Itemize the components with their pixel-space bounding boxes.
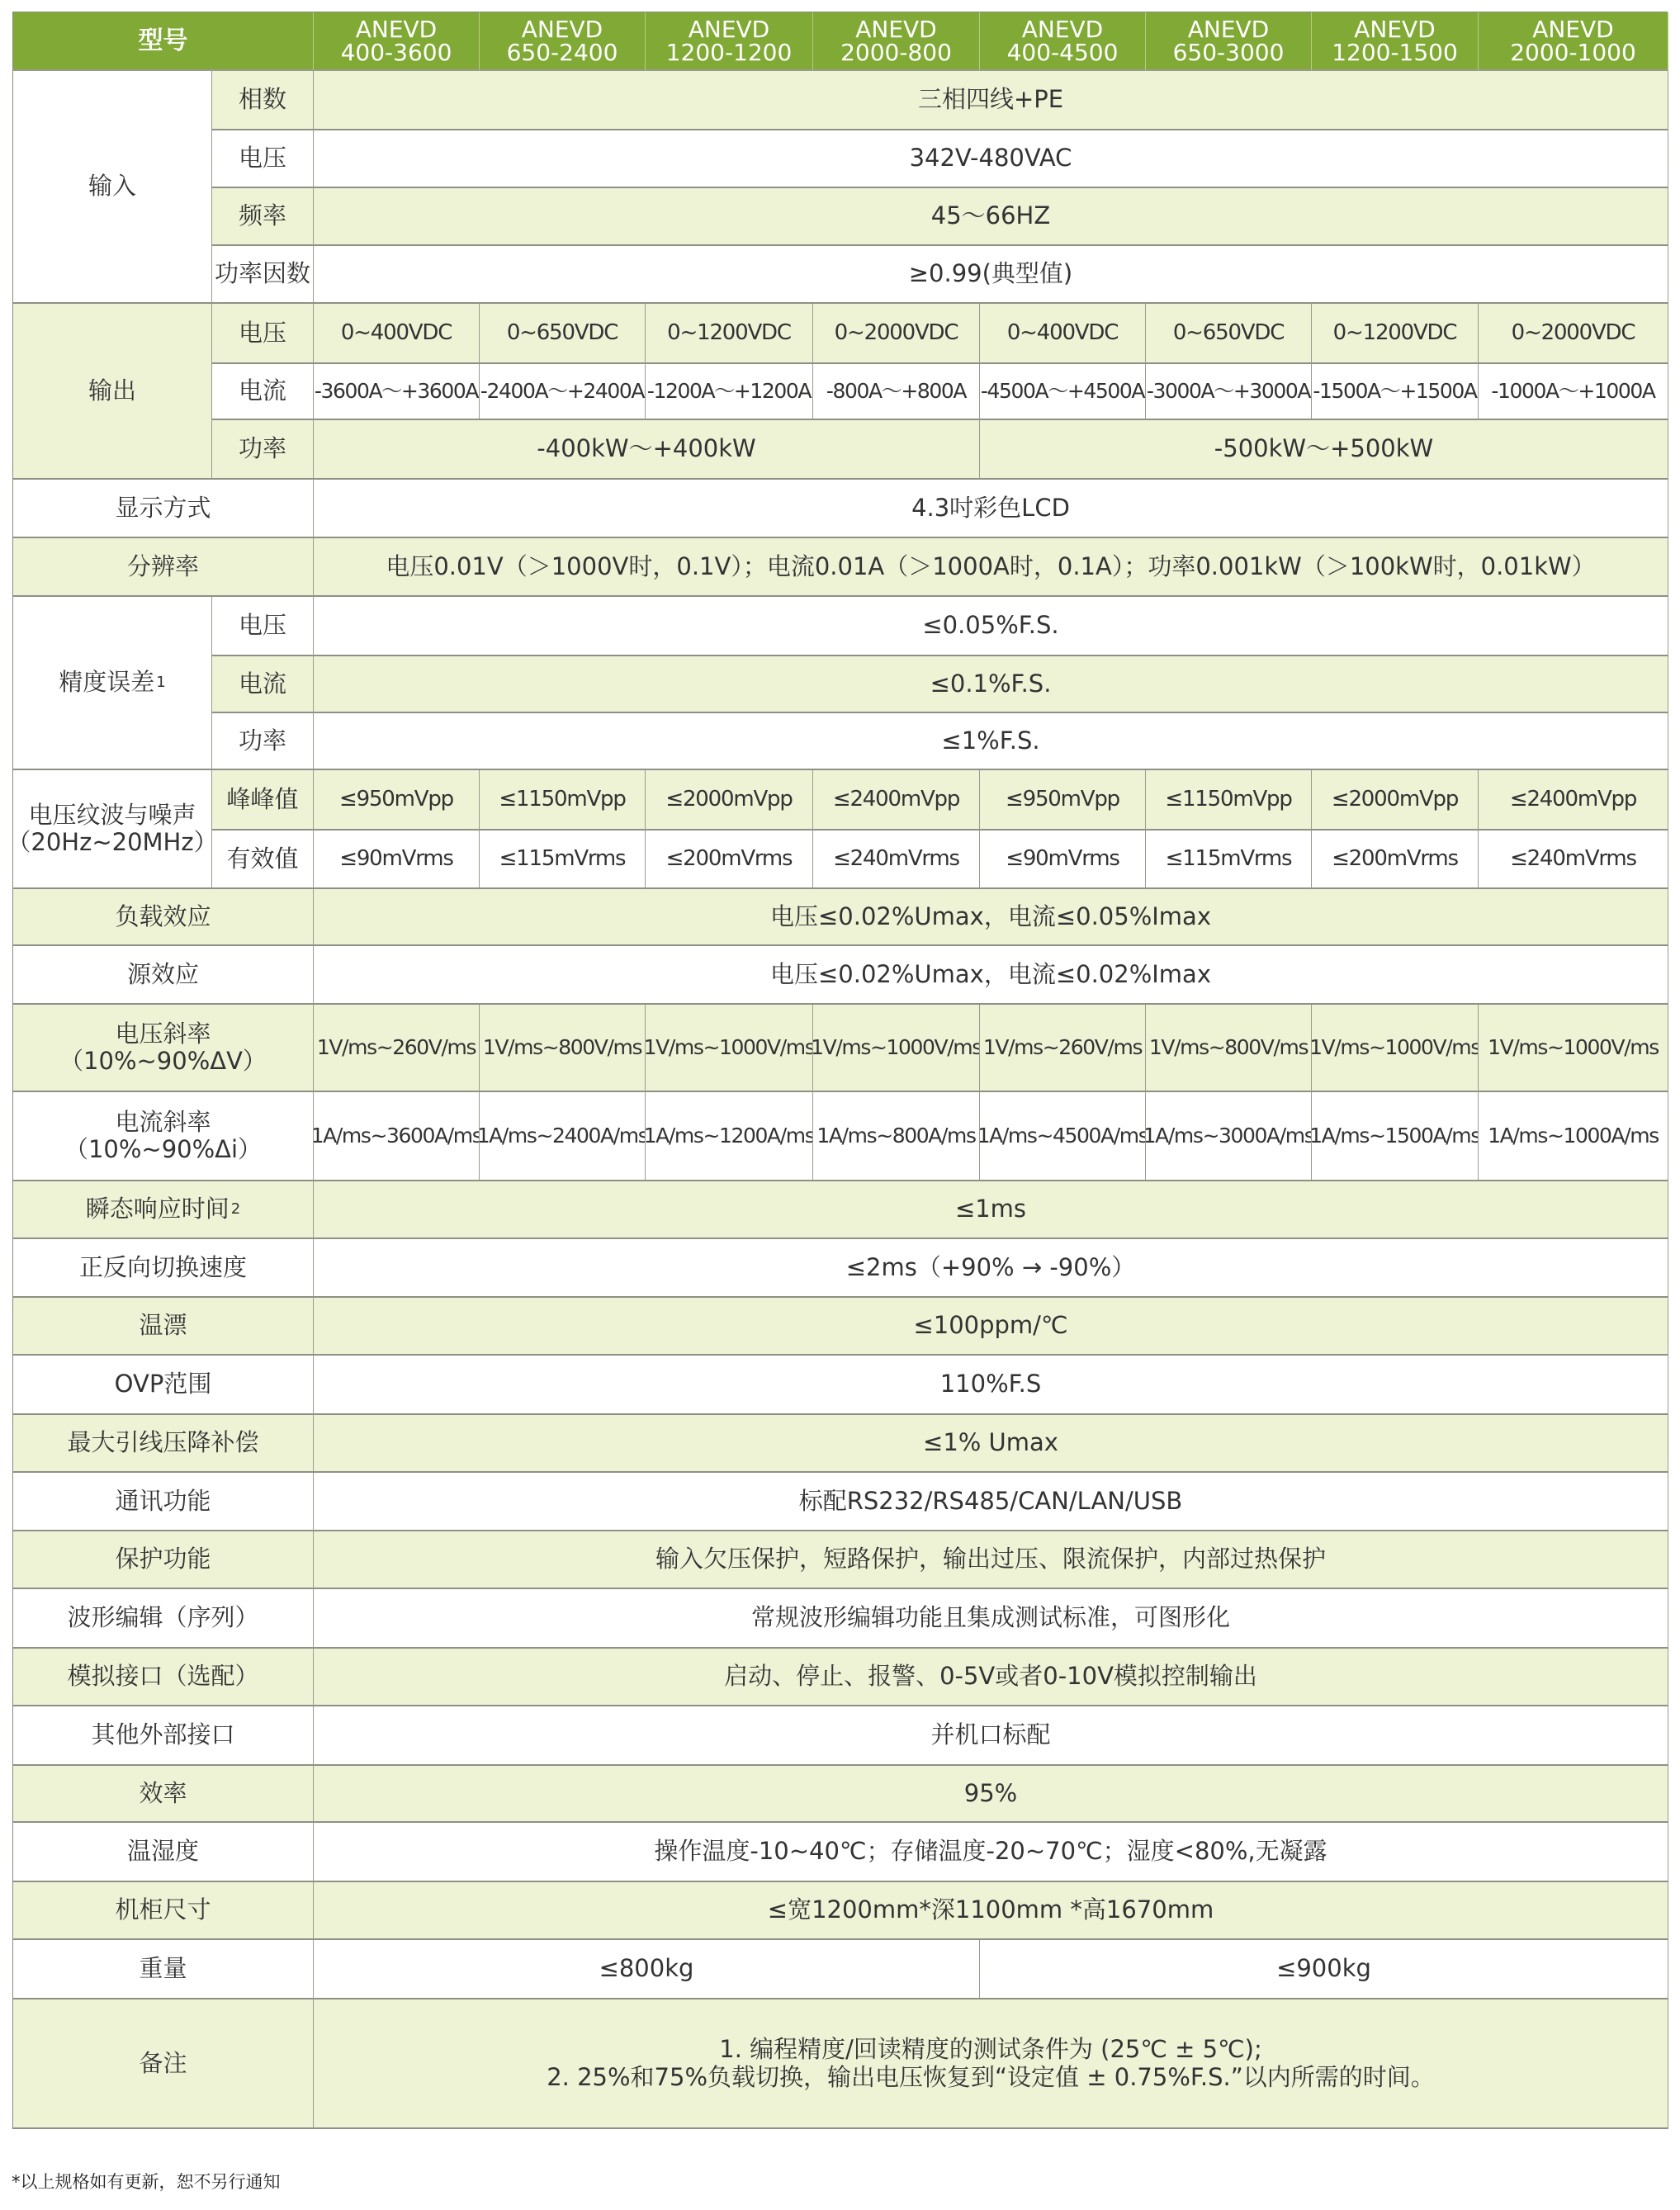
output-power-cell: -400kW～+400kW bbox=[314, 420, 980, 480]
ripple-peak-cell: ≤950mVpp bbox=[314, 770, 480, 831]
model-name: ANEVD bbox=[1354, 18, 1436, 41]
environment-value: 操作温度-10~40℃；存储温度-20~70℃；湿度<80%,无凝露 bbox=[314, 1823, 1668, 1882]
ripple-rms-cell: ≤240mVrms bbox=[1479, 831, 1668, 889]
other-ports-value: 并机口标配 bbox=[314, 1706, 1668, 1766]
input-phase-label: 相数 bbox=[212, 71, 314, 130]
load-effect-value: 电压≤0.02%Umax，电流≤0.05%Imax bbox=[314, 889, 1668, 946]
note-line-2: 2. 25%和75%负载切换，输出电压恢复到“设定值 ± 0.75%F.S.”以… bbox=[547, 2064, 1435, 2091]
output-current-label: 电流 bbox=[212, 364, 314, 420]
ripple-peak-cell: ≤2400mVpp bbox=[1479, 770, 1668, 831]
output-current-cell: -1500A～+1500A bbox=[1312, 364, 1479, 420]
output-voltage-cell: 0~400VDC bbox=[980, 304, 1146, 364]
current-slew-cell: 1A/ms~1000A/ms bbox=[1479, 1092, 1668, 1181]
output-power-label: 功率 bbox=[212, 420, 314, 480]
model-code: 2000-800 bbox=[840, 41, 952, 64]
notes-value: 1. 编程精度/回读精度的测试条件为 (25℃ ± 5℃);2. 25%和75%… bbox=[314, 1999, 1668, 2129]
weight-label: 重量 bbox=[13, 1940, 314, 1999]
current-slew-cell: 1A/ms~3600A/ms bbox=[314, 1092, 480, 1181]
ripple-rms-cell: ≤90mVrms bbox=[980, 831, 1146, 889]
output-voltage-cell: 0~1200VDC bbox=[1312, 304, 1479, 364]
accuracy-voltage-label: 电压 bbox=[212, 597, 314, 656]
ripple-peak-cell: ≤2000mVpp bbox=[1312, 770, 1479, 831]
current-slew-cell: 1A/ms~3000A/ms bbox=[1146, 1092, 1312, 1181]
model-header-3: ANEVD1200-1200 bbox=[646, 12, 813, 71]
output-voltage-cell: 0~650VDC bbox=[480, 304, 646, 364]
temp-drift-label: 温漂 bbox=[13, 1298, 314, 1356]
current-slew-cell: 1A/ms~4500A/ms bbox=[980, 1092, 1146, 1181]
note-line-1: 1. 编程精度/回读精度的测试条件为 (25℃ ± 5℃); bbox=[719, 2036, 1262, 2063]
output-current-cell: -3600A～+3600A bbox=[314, 364, 480, 420]
voltage-slew-label: 电压斜率（10%~90%ΔV） bbox=[13, 1005, 314, 1092]
analog-value: 启动、停止、报警、0-5V或者0-10V模拟控制输出 bbox=[314, 1649, 1668, 1706]
ripple-rms-cell: ≤115mVrms bbox=[480, 831, 646, 889]
accuracy-power-label: 功率 bbox=[212, 713, 314, 770]
spec-table: 型号 ANEVD400-3600 ANEVD650-2400 ANEVD1200… bbox=[12, 12, 1668, 2129]
ripple-group-label: 电压纹波与噪声（20Hz~20MHz） bbox=[13, 770, 212, 889]
resolution-label: 分辨率 bbox=[13, 538, 314, 597]
output-current-cell: -3000A～+3000A bbox=[1146, 364, 1312, 420]
output-group-label: 输出 bbox=[13, 304, 212, 480]
transient-value: ≤1ms bbox=[314, 1181, 1668, 1239]
ripple-peak-cell: ≤2000mVpp bbox=[646, 770, 813, 831]
accuracy-group-label: 精度误差1 bbox=[13, 597, 212, 770]
model-code: 1200-1500 bbox=[1332, 41, 1458, 64]
input-voltage-label: 电压 bbox=[212, 130, 314, 188]
ripple-label-line1: 电压纹波与噪声 bbox=[28, 802, 196, 829]
voltage-slew-cell: 1V/ms~1000V/ms bbox=[1312, 1005, 1479, 1092]
switch-speed-label: 正反向切换速度 bbox=[13, 1239, 314, 1298]
notes-label: 备注 bbox=[13, 1999, 314, 2129]
ripple-rms-cell: ≤115mVrms bbox=[1146, 831, 1312, 889]
voltage-slew-cell: 1V/ms~800V/ms bbox=[480, 1005, 646, 1092]
accuracy-power-value: ≤1%F.S. bbox=[314, 713, 1668, 770]
ovp-value: 110%F.S bbox=[314, 1356, 1668, 1415]
model-code: 400-4500 bbox=[1007, 41, 1119, 64]
temp-drift-value: ≤100ppm/℃ bbox=[314, 1298, 1668, 1356]
source-effect-label: 源效应 bbox=[13, 946, 314, 1005]
protection-label: 保护功能 bbox=[13, 1531, 314, 1589]
voltage-slew-cell: 1V/ms~1000V/ms bbox=[1479, 1005, 1668, 1092]
footnote-ref-2: 2 bbox=[231, 1202, 240, 1217]
ripple-peak-cell: ≤1150mVpp bbox=[1146, 770, 1312, 831]
voltage-slew-label-line2: （10%~90%ΔV） bbox=[59, 1048, 267, 1075]
switch-speed-value: ≤2ms（+90% → -90%） bbox=[314, 1239, 1668, 1298]
output-current-cell: -1200A～+1200A bbox=[646, 364, 813, 420]
waveform-value: 常规波形编辑功能且集成测试标准，可图形化 bbox=[314, 1589, 1668, 1649]
model-header-6: ANEVD650-3000 bbox=[1146, 12, 1312, 71]
current-slew-cell: 1A/ms~800A/ms bbox=[813, 1092, 980, 1181]
voltage-slew-cell: 1V/ms~260V/ms bbox=[314, 1005, 480, 1092]
model-code: 650-3000 bbox=[1173, 41, 1285, 64]
efficiency-label: 效率 bbox=[13, 1766, 314, 1823]
model-name: ANEVD bbox=[1532, 18, 1614, 41]
model-code: 400-3600 bbox=[341, 41, 452, 64]
ripple-rms-cell: ≤200mVrms bbox=[1312, 831, 1479, 889]
model-header-7: ANEVD1200-1500 bbox=[1312, 12, 1479, 71]
output-voltage-label: 电压 bbox=[212, 304, 314, 364]
model-code: 1200-1200 bbox=[666, 41, 793, 64]
model-code: 2000-1000 bbox=[1510, 41, 1636, 64]
output-power-cell: -500kW～+500kW bbox=[980, 420, 1668, 480]
accuracy-current-label: 电流 bbox=[212, 656, 314, 713]
ripple-label-line2: （20Hz~20MHz） bbox=[13, 829, 212, 856]
model-name: ANEVD bbox=[522, 18, 603, 41]
weight-cell: ≤900kg bbox=[980, 1940, 1668, 1999]
output-current-cell: -1000A～+1000A bbox=[1479, 364, 1668, 420]
model-name: ANEVD bbox=[689, 18, 770, 41]
accuracy-voltage-value: ≤0.05%F.S. bbox=[314, 597, 1668, 656]
waveform-label: 波形编辑（序列） bbox=[13, 1589, 314, 1649]
environment-label: 温湿度 bbox=[13, 1823, 314, 1882]
display-label: 显示方式 bbox=[13, 480, 314, 538]
load-effect-label: 负载效应 bbox=[13, 889, 314, 946]
output-current-cell: -4500A～+4500A bbox=[980, 364, 1146, 420]
source-effect-value: 电压≤0.02%Umax，电流≤0.02%Imax bbox=[314, 946, 1668, 1005]
ripple-rms-label: 有效值 bbox=[212, 831, 314, 889]
model-header-4: ANEVD2000-800 bbox=[813, 12, 980, 71]
current-slew-cell: 1A/ms~1500A/ms bbox=[1312, 1092, 1479, 1181]
accuracy-current-value: ≤0.1%F.S. bbox=[314, 656, 1668, 713]
current-slew-cell: 1A/ms~1200A/ms bbox=[646, 1092, 813, 1181]
ripple-rms-cell: ≤90mVrms bbox=[314, 831, 480, 889]
model-code: 650-2400 bbox=[507, 41, 618, 64]
footnote-ref-1: 1 bbox=[156, 675, 165, 690]
ripple-rms-cell: ≤200mVrms bbox=[646, 831, 813, 889]
voltage-slew-label-line1: 电压斜率 bbox=[115, 1020, 211, 1048]
sense-comp-label: 最大引线压降补偿 bbox=[13, 1415, 314, 1473]
input-voltage-value: 342V-480VAC bbox=[314, 130, 1668, 188]
ovp-label: OVP范围 bbox=[13, 1356, 314, 1415]
model-header-label: 型号 bbox=[13, 12, 314, 71]
weight-cell: ≤800kg bbox=[314, 1940, 980, 1999]
ripple-peak-label: 峰峰值 bbox=[212, 770, 314, 831]
model-name: ANEVD bbox=[356, 18, 438, 41]
voltage-slew-cell: 1V/ms~800V/ms bbox=[1146, 1005, 1312, 1092]
input-pf-value: ≥0.99(典型值) bbox=[314, 246, 1668, 304]
efficiency-value: 95% bbox=[314, 1766, 1668, 1823]
input-phase-value: 三相四线+PE bbox=[314, 71, 1668, 130]
comm-value: 标配RS232/RS485/CAN/LAN/USB bbox=[314, 1473, 1668, 1531]
ripple-peak-cell: ≤2400mVpp bbox=[813, 770, 980, 831]
analog-label: 模拟接口（选配） bbox=[13, 1649, 314, 1706]
input-frequency-label: 频率 bbox=[212, 188, 314, 246]
input-group-label: 输入 bbox=[13, 71, 212, 304]
accuracy-label-text: 精度误差 bbox=[59, 669, 154, 696]
comm-label: 通讯功能 bbox=[13, 1473, 314, 1531]
protection-value: 输入欠压保护，短路保护，输出过压、限流保护，内部过热保护 bbox=[314, 1531, 1668, 1589]
transient-label: 瞬态响应时间2 bbox=[13, 1181, 314, 1239]
dimensions-label: 机柜尺寸 bbox=[13, 1882, 314, 1940]
model-name: ANEVD bbox=[1022, 18, 1104, 41]
ripple-peak-cell: ≤1150mVpp bbox=[480, 770, 646, 831]
model-header-5: ANEVD400-4500 bbox=[980, 12, 1146, 71]
output-current-cell: -2400A～+2400A bbox=[480, 364, 646, 420]
other-ports-label: 其他外部接口 bbox=[13, 1706, 314, 1766]
output-voltage-cell: 0~650VDC bbox=[1146, 304, 1312, 364]
ripple-peak-cell: ≤950mVpp bbox=[980, 770, 1146, 831]
disclaimer-footnote: *以上规格如有更新，恕不另行通知 bbox=[12, 2169, 281, 2193]
model-header-2: ANEVD650-2400 bbox=[480, 12, 646, 71]
resolution-value: 电压0.01V（＞1000V时，0.1V）；电流0.01A（＞1000A时，0.… bbox=[314, 538, 1668, 597]
current-slew-label-line2: （10%~90%Δi） bbox=[64, 1136, 262, 1163]
dimensions-value: ≤宽1200mm*深1100mm *高1670mm bbox=[314, 1882, 1668, 1940]
current-slew-label-line1: 电流斜率 bbox=[115, 1109, 211, 1136]
model-name: ANEVD bbox=[855, 18, 937, 41]
current-slew-label: 电流斜率（10%~90%Δi） bbox=[13, 1092, 314, 1181]
voltage-slew-cell: 1V/ms~1000V/ms bbox=[646, 1005, 813, 1092]
transient-label-text: 瞬态响应时间 bbox=[86, 1195, 230, 1223]
current-slew-cell: 1A/ms~2400A/ms bbox=[480, 1092, 646, 1181]
output-voltage-cell: 0~2000VDC bbox=[813, 304, 980, 364]
output-voltage-cell: 0~400VDC bbox=[314, 304, 480, 364]
output-voltage-cell: 0~2000VDC bbox=[1479, 304, 1668, 364]
sense-comp-value: ≤1% Umax bbox=[314, 1415, 1668, 1473]
input-pf-label: 功率因数 bbox=[212, 246, 314, 304]
model-header-8: ANEVD2000-1000 bbox=[1479, 12, 1668, 71]
display-value: 4.3吋彩色LCD bbox=[314, 480, 1668, 538]
model-header-1: ANEVD400-3600 bbox=[314, 12, 480, 71]
ripple-rms-cell: ≤240mVrms bbox=[813, 831, 980, 889]
model-name: ANEVD bbox=[1188, 18, 1270, 41]
voltage-slew-cell: 1V/ms~260V/ms bbox=[980, 1005, 1146, 1092]
output-voltage-cell: 0~1200VDC bbox=[646, 304, 813, 364]
input-frequency-value: 45～66HZ bbox=[314, 188, 1668, 246]
output-current-cell: -800A～+800A bbox=[813, 364, 980, 420]
voltage-slew-cell: 1V/ms~1000V/ms bbox=[813, 1005, 980, 1092]
